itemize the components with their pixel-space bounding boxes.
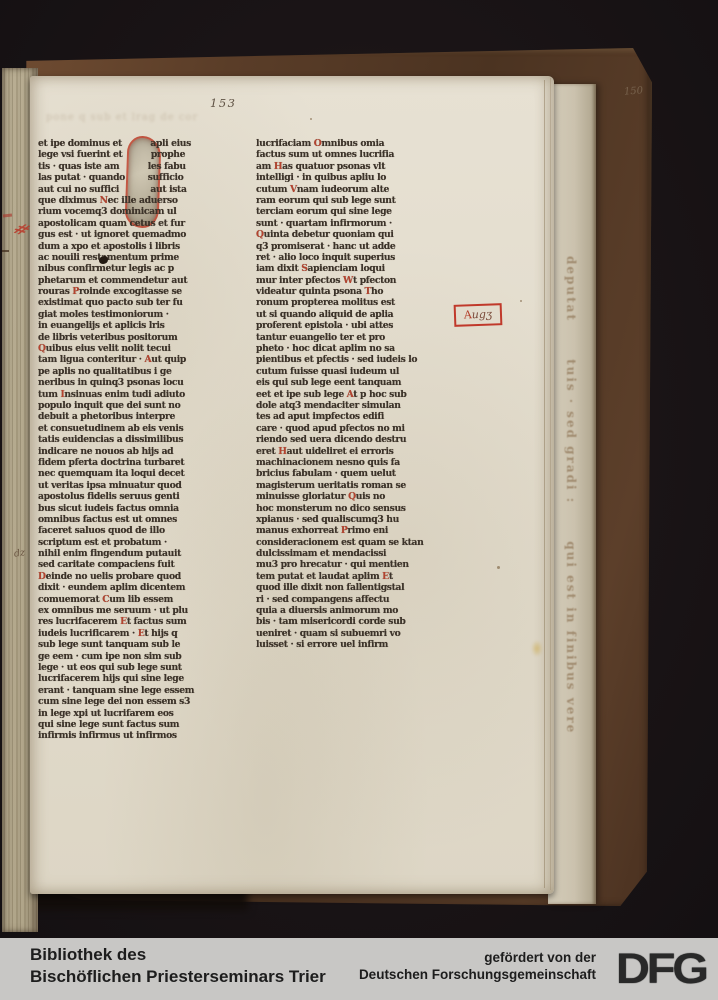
text-line: quod ille dixit non fallentigstal: [256, 582, 462, 593]
text-line: tem putat et laudat aplim Et: [256, 571, 462, 582]
text-line: gus est · ut ignoret quemadmo: [38, 229, 244, 240]
text-line: erant · tanquam sine lege essem: [38, 685, 244, 696]
foreedge-leaf-strip: deputat tuis · sed gradi : qui est in fi…: [548, 84, 596, 904]
text-line: iudeis lucrificarem · Et hijs q: [38, 628, 244, 639]
text-line: pientibus et pfectis · sed iudeis lo: [256, 354, 462, 365]
text-line: et ipe dominus et apli eius: [38, 138, 244, 149]
text-line: mu3 pro hrecatur · qui mentien: [256, 559, 462, 570]
text-line: ret · alio loco inquit superius: [256, 252, 462, 263]
text-line: tes ad aput impfectos edifi: [256, 411, 462, 422]
text-line: las putat · quando sufficio: [38, 172, 244, 183]
text-column-left: et ipe dominus et apli eiuslege vsi fuer…: [38, 138, 244, 742]
text-line: ram eorum qui sub lege sunt: [256, 195, 462, 206]
text-line: et consuetudinem ab eis venis: [38, 423, 244, 434]
parchment-page: 153 pone q sub et lrag de cor et ipe dom…: [30, 76, 554, 894]
page-crease-line: [544, 80, 545, 888]
text-line: bus sicut iudeis factus omnia: [38, 503, 244, 514]
text-line: tatis euidencias a dissimilibus: [38, 434, 244, 445]
text-line: comuemorat Cum lib essem: [38, 594, 244, 605]
text-line: pe aplis no qualitatibus i ge: [38, 366, 244, 377]
text-line: Deinde no uelis probare quod: [38, 571, 244, 582]
text-line: neribus in quinq3 psonas locu: [38, 377, 244, 388]
text-line: am Has quatuor psonas vlt: [256, 161, 462, 172]
faded-running-header: pone q sub et lrag de cor: [46, 112, 326, 123]
text-line: cutum Vnam iudeorum alte: [256, 184, 462, 195]
funding-line1: gefördert von der: [359, 949, 596, 966]
text-line: aut cui no suffici aut ista: [38, 184, 244, 195]
text-line: ut veritas ipsa minuatur quod: [38, 480, 244, 491]
speck: [497, 566, 500, 569]
corner-foliation-number: 150: [624, 85, 644, 97]
text-line: bricius fabulam · quem uelut: [256, 468, 462, 479]
text-line: factus sum ut omnes lucrifia: [256, 149, 462, 160]
funding-attribution: gefördert von der Deutschen Forschungsge…: [359, 949, 596, 983]
text-line: hoc monsterum no dico sensus: [256, 503, 462, 514]
text-line: cutum fuisse quasi iudeum ul: [256, 366, 462, 377]
text-line: debuit a phetoribus interpre: [38, 411, 244, 422]
folio-number: 153: [210, 96, 236, 110]
text-line: in euangelijs et aplicis lris: [38, 320, 244, 331]
text-line: Quibus eius velit nolit tecui: [38, 343, 244, 354]
text-line: dulcissimam et mendacissi: [256, 548, 462, 559]
rubric-annotation-box: Augʒ: [454, 303, 503, 327]
text-line: eis qui sub lege eent tanquam: [256, 377, 462, 388]
text-line: iam dixit Sapienciam loqui: [256, 263, 462, 274]
text-line: videatur quinta psona Tho: [256, 286, 462, 297]
text-column-right: lucrifaciam Omnibus omiafactus sum ut om…: [256, 138, 462, 651]
text-line: lege · ut eos qui sub lege sunt: [38, 662, 244, 673]
text-line: qui sine lege sunt factus sum: [38, 719, 244, 730]
text-line: de libris veteribus positorum: [38, 332, 244, 343]
text-line: magisterum ueritatis roman se: [256, 480, 462, 491]
text-line: dum a xpo et apostolis i libris: [38, 241, 244, 252]
text-line: xpianus · sed qualiscumq3 hu: [256, 514, 462, 525]
text-line: intelligi · in quibus apliu lo: [256, 172, 462, 183]
text-line: machinacionem nesno quis fa: [256, 457, 462, 468]
text-line: nihil enim fingendum putauit: [38, 548, 244, 559]
text-line: indicare ne nouos ab hijs ad: [38, 446, 244, 457]
library-line2: Bischöflichen Priesterseminars Trier: [30, 966, 326, 988]
text-line: populo inquit que dei sunt no: [38, 400, 244, 411]
yellow-stain: [531, 640, 543, 657]
footer-bar: Bibliothek des Bischöflichen Priestersem…: [0, 938, 718, 1000]
text-line: luisset · si errore uel infirm: [256, 639, 462, 650]
text-line: apostolus fidelis seruus genti: [38, 491, 244, 502]
page-edge-line: [550, 78, 551, 890]
text-line: rium vocemq3 dominicam ul: [38, 206, 244, 217]
text-line: lucrifacerem hijs qui sine lege: [38, 673, 244, 684]
text-line: manus exhorreat Primo eni: [256, 525, 462, 536]
text-line: tantur euangelio ter et pro: [256, 332, 462, 343]
text-line: ri · sed compangens affectu: [256, 594, 462, 605]
text-line: terciam eorum qui sine lege: [256, 206, 462, 217]
text-line: mur inter pfectos Wt pfecton: [256, 275, 462, 286]
text-line: que diximus Nec ille aduerso: [38, 195, 244, 206]
text-line: dole atq3 mendaciter simulan: [256, 400, 462, 411]
text-line: minuisse gloriatur Quis no: [256, 491, 462, 502]
dfg-logo: DFG: [616, 942, 706, 996]
text-line: infirmis infirmus ut infirmos: [38, 730, 244, 741]
text-line: nec quemquam ita loqui decet: [38, 468, 244, 479]
text-line: q3 promiserat · hanc ut adde: [256, 241, 462, 252]
text-line: tum Insinuas enim tudi adiuto: [38, 389, 244, 400]
text-line: scriptum est et probatum ·: [38, 537, 244, 548]
text-line: consideracionem est quam se ktan: [256, 537, 462, 548]
text-line: apostolicam quam cetus et fur: [38, 218, 244, 229]
text-line: ueniret · quam si subuemri vo: [256, 628, 462, 639]
text-line: tam ligua conteritur · Aut quip: [38, 354, 244, 365]
text-line: sed caritate compaciens fuit: [38, 559, 244, 570]
text-line: sunt · quartam infirmorum ·: [256, 218, 462, 229]
gutter-dark-mark: [2, 250, 9, 252]
foreedge-vertical-text: deputat tuis · sed gradi : qui est in fi…: [564, 256, 578, 916]
text-line: nibus confirmetur legis ac p: [38, 263, 244, 274]
text-line: care · quod apud pfectos no mi: [256, 423, 462, 434]
text-line: riendo sed uera dicendo destru: [256, 434, 462, 445]
text-line: ge eem · cum ipe non sim sub: [38, 651, 244, 662]
library-attribution: Bibliothek des Bischöflichen Priestersem…: [30, 944, 326, 988]
text-line: faceret saluos quod de illo: [38, 525, 244, 536]
text-line: ronum propterea molitus est: [256, 297, 462, 308]
text-line: giat moles testimoniorum ·: [38, 309, 244, 320]
text-line: omnibus factus est ut omnes: [38, 514, 244, 525]
speck: [310, 118, 312, 120]
text-line: tis · quas iste am les fabu: [38, 161, 244, 172]
text-line: proferent epistola · ubi attes: [256, 320, 462, 331]
text-line: res lucrifacerem Et factus sum: [38, 616, 244, 627]
funding-line2: Deutschen Forschungsgemeinschaft: [359, 966, 596, 983]
text-line: pheto · hoc dicat aplim no sa: [256, 343, 462, 354]
text-line: existimat quo pacto sub ter fu: [38, 297, 244, 308]
text-line: ex omnibus me seruum · ut plu: [38, 605, 244, 616]
text-line: lege vsi fuerint et prophe: [38, 149, 244, 160]
margin-gloss-mark: dz: [13, 547, 26, 559]
text-line: sub lege sunt tanquam sub le: [38, 639, 244, 650]
text-line: ac nouili restamentum prime: [38, 252, 244, 263]
text-line: eet et ipe sub lege At p hoc sub: [256, 389, 462, 400]
text-line: bis · tam misericordi corde sub: [256, 616, 462, 627]
text-line: phetarum et commendetur aut: [38, 275, 244, 286]
digitized-manuscript-viewer: deputat tuis · sed gradi : qui est in fi…: [0, 0, 718, 1000]
text-line: cum sine lege dei non essem s3: [38, 696, 244, 707]
text-line: eret Haut uideliret ei erroris: [256, 446, 462, 457]
speck: [520, 300, 522, 302]
text-line: ut si quando aliquid de aplia: [256, 309, 462, 320]
text-line: lucrifaciam Omnibus omia: [256, 138, 462, 149]
library-line1: Bibliothek des: [30, 944, 326, 966]
text-line: in lege xpi ut lucrifarem eos: [38, 708, 244, 719]
text-line: Quinta debetur quoniam qui: [256, 229, 462, 240]
manuscript-photo: deputat tuis · sed gradi : qui est in fi…: [0, 0, 718, 938]
text-line: fidem pferta doctrina turbaret: [38, 457, 244, 468]
text-line: dixit · eundem aplim dicentem: [38, 582, 244, 593]
text-line: quia a diuersis animorum mo: [256, 605, 462, 616]
text-line: rouras Proinde excogitasse se: [38, 286, 244, 297]
